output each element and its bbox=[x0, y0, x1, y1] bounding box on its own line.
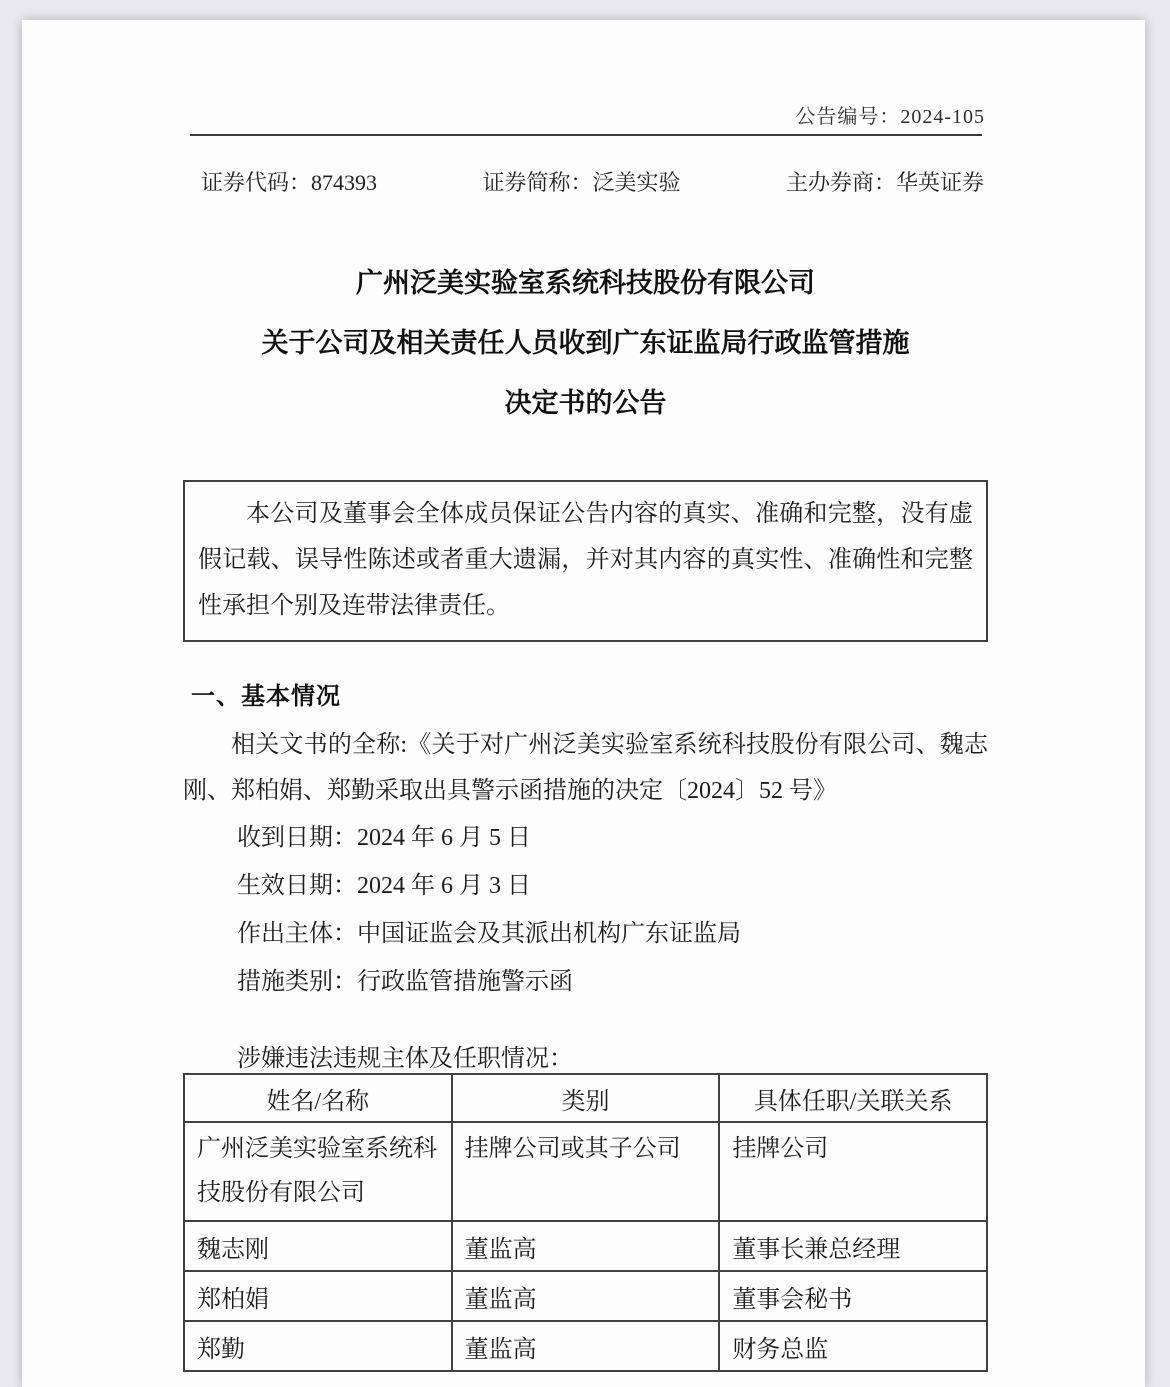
securities-code: 证券代码：874393 bbox=[201, 166, 377, 197]
table-header-position: 具体任职/关联关系 bbox=[719, 1074, 987, 1122]
detail-received-date: 收到日期：2024 年 6 月 5 日 bbox=[183, 814, 988, 862]
securities-info-row: 证券代码：874393 证券简称：泛美实验 主办券商：华英证券 bbox=[183, 166, 988, 197]
disclaimer-text: 本公司及董事会全体成员保证公告内容的真实、准确和完整，没有虚假记载、误导性陈述或… bbox=[198, 491, 973, 629]
document-background: 公告编号：2024-105 证券代码：874393 证券简称：泛美实验 主办券商… bbox=[0, 0, 1170, 1387]
table-cell-position: 董事会秘书 bbox=[719, 1271, 987, 1321]
subjects-table: 姓名/名称 类别 具体任职/关联关系 广州泛美实验室系统科技股份有限公司 挂牌公… bbox=[183, 1073, 988, 1372]
securities-abbreviation: 证券简称：泛美实验 bbox=[482, 166, 680, 197]
table-cell-name: 魏志刚 bbox=[184, 1221, 452, 1271]
table-cell-position: 挂牌公司 bbox=[719, 1122, 987, 1221]
table-cell-position: 财务总监 bbox=[719, 1321, 987, 1371]
title-line-3: 决定书的公告 bbox=[183, 373, 988, 433]
section-heading-basic-info: 一、基本情况 bbox=[191, 676, 341, 711]
detail-effective-date: 生效日期：2024 年 6 月 3 日 bbox=[183, 862, 988, 910]
table-row-zhengbojuan: 郑柏娟 董监高 董事会秘书 bbox=[184, 1271, 987, 1321]
document-page: 公告编号：2024-105 证券代码：874393 证券简称：泛美实验 主办券商… bbox=[22, 20, 1145, 1387]
table-cell-name: 郑勤 bbox=[184, 1321, 452, 1371]
detail-lines: 收到日期：2024 年 6 月 5 日 生效日期：2024 年 6 月 3 日 … bbox=[183, 814, 988, 1006]
detail-issuing-authority: 作出主体：中国证监会及其派出机构广东证监局 bbox=[183, 910, 988, 958]
title-line-1: 广州泛美实验室系统科技股份有限公司 bbox=[183, 253, 988, 313]
table-intro: 涉嫌违法违规主体及任职情况： bbox=[183, 1038, 988, 1073]
table-header-name: 姓名/名称 bbox=[184, 1074, 452, 1122]
sponsor-broker: 主办券商：华英证券 bbox=[786, 166, 984, 197]
disclaimer-box: 本公司及董事会全体成员保证公告内容的真实、准确和完整，没有虚假记载、误导性陈述或… bbox=[183, 480, 988, 642]
table-cell-position: 董事长兼总经理 bbox=[719, 1221, 987, 1271]
table-header-row: 姓名/名称 类别 具体任职/关联关系 bbox=[184, 1074, 987, 1122]
table-cell-category: 董监高 bbox=[452, 1321, 720, 1371]
table-cell-name: 郑柏娟 bbox=[184, 1271, 452, 1321]
header-divider-line bbox=[190, 134, 982, 136]
table-row-company: 广州泛美实验室系统科技股份有限公司 挂牌公司或其子公司 挂牌公司 bbox=[184, 1122, 987, 1221]
notice-number: 公告编号：2024-105 bbox=[795, 100, 985, 129]
table-header-category: 类别 bbox=[452, 1074, 720, 1122]
table-cell-category: 挂牌公司或其子公司 bbox=[452, 1122, 720, 1221]
announcement-title: 广州泛美实验室系统科技股份有限公司 关于公司及相关责任人员收到广东证监局行政监管… bbox=[183, 253, 988, 433]
title-line-2: 关于公司及相关责任人员收到广东证监局行政监管措施 bbox=[183, 313, 988, 373]
detail-measure-type: 措施类别：行政监管措施警示函 bbox=[183, 958, 988, 1006]
table-cell-category: 董监高 bbox=[452, 1221, 720, 1271]
document-name-paragraph: 相关文书的全称:《关于对广州泛美实验室系统科技股份有限公司、魏志刚、郑柏娟、郑勤… bbox=[183, 722, 988, 814]
table-cell-category: 董监高 bbox=[452, 1271, 720, 1321]
table-row-zhengqin: 郑勤 董监高 财务总监 bbox=[184, 1321, 987, 1371]
table-cell-name: 广州泛美实验室系统科技股份有限公司 bbox=[184, 1122, 452, 1221]
table-row-weizhigang: 魏志刚 董监高 董事长兼总经理 bbox=[184, 1221, 987, 1271]
